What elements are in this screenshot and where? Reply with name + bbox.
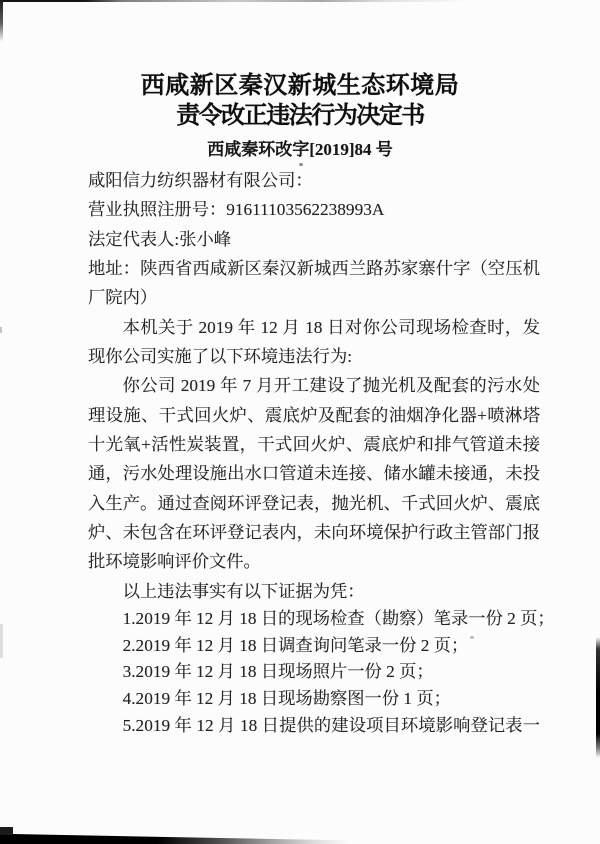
scan-artifact-bottom-notch bbox=[0, 827, 13, 835]
body-line: 批环境影响评价文件。 bbox=[88, 547, 540, 576]
body-line: 你公司 2019 年 7 月开工建设了抛光机及配套的污水处 bbox=[88, 371, 540, 400]
document-body: 咸阳信力纺织器材有限公司： 营业执照注册号：91611103562238993A… bbox=[88, 166, 540, 606]
evidence-item-4: 4.2019 年 12 月 18 日现场勘察图一份 1 页； bbox=[88, 686, 540, 713]
document-title-line-1: 西咸新区秦汉新城生态环境局 bbox=[0, 71, 600, 101]
document-header: 西咸新区秦汉新城生态环境局 责令改正违法行为决定书 bbox=[0, 71, 600, 131]
license-number-line: 营业执照注册号：91611103562238993A bbox=[88, 195, 540, 224]
body-line: 通，污水处理设施出水口管道未连接、储水罐未接通，未投 bbox=[88, 459, 540, 488]
body-line: 现你公司实施了以下环境违法行为: bbox=[88, 342, 540, 371]
document-number: 西咸秦环改字[2019]84 号 bbox=[0, 139, 600, 161]
body-line: 入生产。通过查阅环评登记表，抛光机、千式回火炉、震底 bbox=[88, 489, 540, 518]
scanned-document-page: 西咸新区秦汉新城生态环境局 责令改正违法行为决定书 西咸秦环改字[2019]84… bbox=[0, 0, 600, 844]
addressee-line: 咸阳信力纺织器材有限公司： bbox=[88, 166, 540, 195]
body-line: 十光氧+活性炭装置，干式回火炉、震底炉和排气管道未接 bbox=[88, 430, 540, 459]
scan-artifact-right-edge-bar bbox=[596, 637, 600, 758]
evidence-item-1: 1.2019 年 12 月 18 日的现场检查（勘察）笔录一份 2 页； bbox=[88, 606, 540, 633]
evidence-item-2: 2.2019 年 12 月 18 日调查询问笔录一份 2 页； bbox=[88, 633, 540, 660]
legal-representative-line: 法定代表人:张小峰 bbox=[88, 225, 540, 254]
evidence-list: 1.2019 年 12 月 18 日的现场检查（勘察）笔录一份 2 页； 2.2… bbox=[88, 606, 540, 740]
scan-artifact-left-faint-strip bbox=[0, 624, 3, 658]
scan-artifact-top-edge bbox=[0, 0, 470, 2]
scan-artifact-left-speck bbox=[0, 327, 2, 333]
evidence-item-3: 3.2019 年 12 月 18 日现场照片一份 2 页； bbox=[88, 659, 540, 686]
body-line: 理设施、干式回火炉、震底炉及配套的油烟净化器+喷淋塔 bbox=[88, 401, 540, 430]
document-title-line-2: 责令改正违法行为决定书 bbox=[0, 101, 600, 131]
address-line-1: 地址：陕西省西咸新区秦汉新城西兰路苏家寨什字（空压机 bbox=[88, 254, 540, 283]
scan-artifact-bottom-wedge bbox=[0, 832, 350, 844]
scan-artifact-left-streak bbox=[0, 0, 3, 42]
body-line: 炉、未包含在环评登记表内，未向环境保护行政主管部门报 bbox=[88, 518, 540, 547]
evidence-intro-line: 以上违法事实有以下证据为凭： bbox=[88, 577, 540, 606]
address-line-2: 厂院内） bbox=[88, 283, 540, 312]
body-line: 本机关于 2019 年 12 月 18 日对你公司现场检查时，发 bbox=[88, 313, 540, 342]
evidence-item-5: 5.2019 年 12 月 18 日提供的建设项目环境影响登记表一 bbox=[88, 713, 540, 740]
